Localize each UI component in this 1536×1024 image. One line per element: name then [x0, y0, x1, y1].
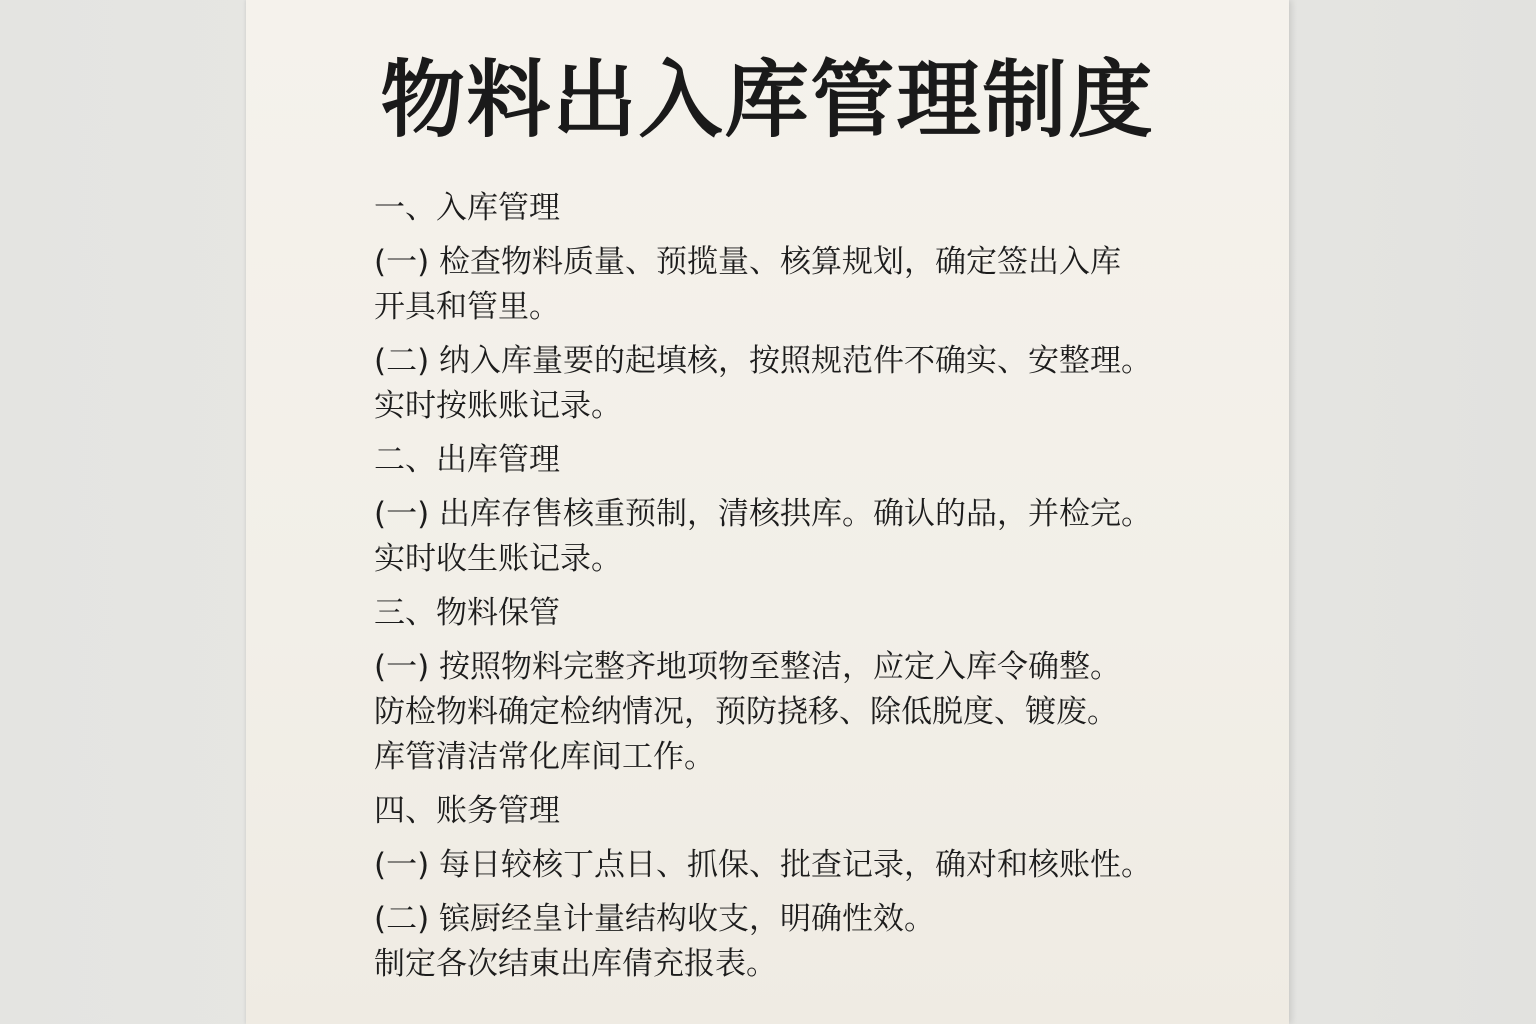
clause-line: 开具和管里。 — [374, 285, 1194, 330]
section-heading: 一、入库管理 — [374, 186, 1194, 231]
document-body: 一、入库管理 (一) 检查物料质量、预揽量、核算规划，确定签出入库 开具和管里。… — [374, 186, 1194, 996]
clause-line: (一) 按照物料完整齐地项物至整洁，应定入库令确整。 — [374, 645, 1194, 690]
clause-line: 制定各次结東出库倩充报表。 — [374, 942, 1194, 987]
section-storage: 三、物料保管 (一) 按照物料完整齐地项物至整洁，应定入库令确整。 防检物料确定… — [374, 591, 1194, 780]
clause-line: (一) 检查物料质量、预揽量、核算规划，确定签出入库 — [374, 240, 1194, 285]
section-inbound: 一、入库管理 (一) 检查物料质量、预揽量、核算规划，确定签出入库 开具和管里。… — [374, 186, 1194, 429]
clause-line: 实时按账账记录。 — [374, 384, 1194, 429]
clause-line: 防检物料确定检纳情况，预防挠移、除低脱度、镀废。 — [374, 690, 1194, 735]
clause: (一) 检查物料质量、预揽量、核算规划，确定签出入库 开具和管里。 — [374, 240, 1194, 330]
document-page: 物料出入库管理制度 一、入库管理 (一) 检查物料质量、预揽量、核算规划，确定签… — [246, 0, 1289, 1024]
section-heading: 四、账务管理 — [374, 789, 1194, 834]
clause-line: (一) 出库存售核重预制，清核拱库。确认的品，并检完。 — [374, 492, 1194, 537]
clause: (一) 每日较核丁点日、抓保、批查记录，确对和核账性。 — [374, 843, 1194, 888]
clause-line: (一) 每日较核丁点日、抓保、批查记录，确对和核账性。 — [374, 843, 1194, 888]
section-accounting: 四、账务管理 (一) 每日较核丁点日、抓保、批查记录，确对和核账性。 (二) 镔… — [374, 789, 1194, 987]
section-heading: 三、物料保管 — [374, 591, 1194, 636]
clause: (一) 出库存售核重预制，清核拱库。确认的品，并检完。 实时收生账记录。 — [374, 492, 1194, 582]
clause: (一) 按照物料完整齐地项物至整洁，应定入库令确整。 防检物料确定检纳情况，预防… — [374, 645, 1194, 780]
clause-line: (二) 纳入库量要的起填核，按照规范件不确实、安整理。 — [374, 339, 1194, 384]
clause-line: 实时收生账记录。 — [374, 537, 1194, 582]
document-title: 物料出入库管理制度 — [246, 52, 1289, 148]
clause-line: (二) 镔厨经皇计量结构收支，明确性效。 — [374, 897, 1194, 942]
section-heading: 二、出库管理 — [374, 438, 1194, 483]
clause: (二) 纳入库量要的起填核，按照规范件不确实、安整理。 实时按账账记录。 — [374, 339, 1194, 429]
section-outbound: 二、出库管理 (一) 出库存售核重预制，清核拱库。确认的品，并检完。 实时收生账… — [374, 438, 1194, 582]
clause: (二) 镔厨经皇计量结构收支，明确性效。 制定各次结東出库倩充报表。 — [374, 897, 1194, 987]
clause-line: 库管清洁常化库间工作。 — [374, 735, 1194, 780]
